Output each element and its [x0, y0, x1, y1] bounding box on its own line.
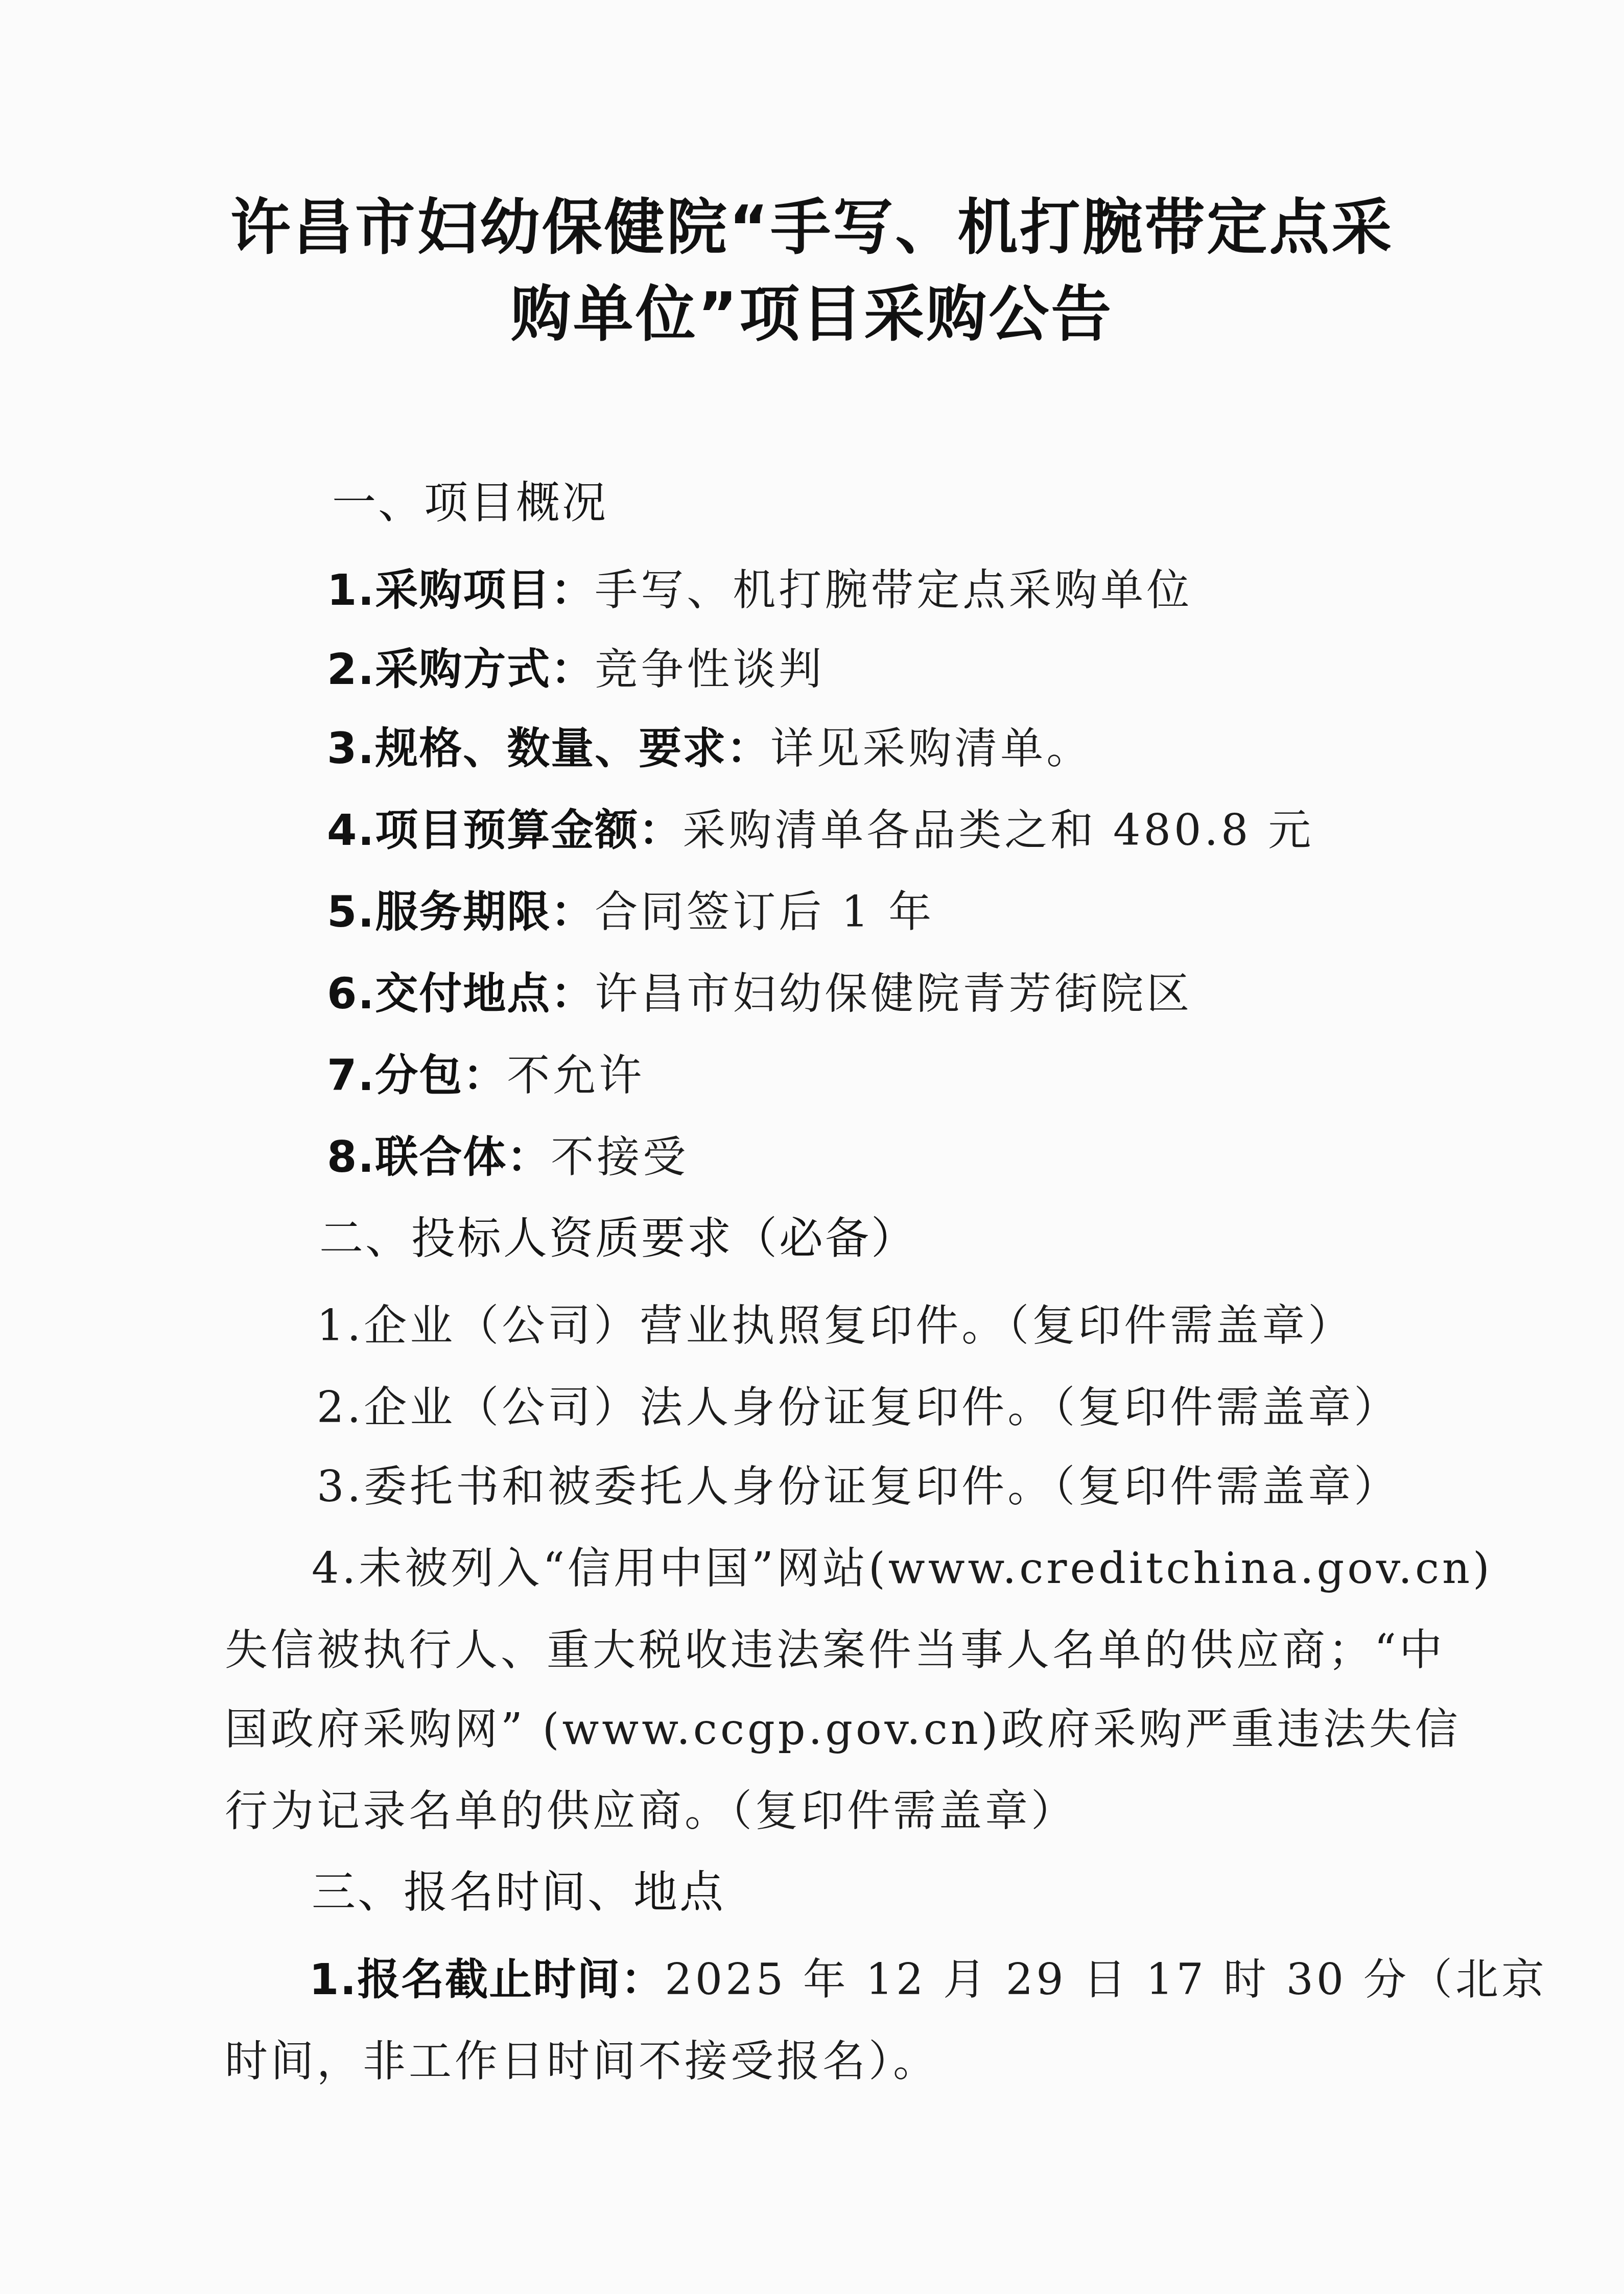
section-heading-registration: 三、报名时间、地点 — [312, 1867, 725, 1918]
item-value: 手写、机打腕带定点采购单位 — [595, 565, 1192, 615]
item-value: 详见采购清单。 — [770, 723, 1092, 773]
item-procurement-method: 2.采购方式：竞争性谈判 — [327, 644, 825, 695]
item-value: 2025 年 12 月 29 日 17 时 30 分（北京 — [665, 1954, 1547, 2004]
item-label: 1.报名截止时间： — [309, 1954, 665, 2004]
item-label: 8.联合体： — [327, 1132, 551, 1182]
section-heading-overview: 一、项目概况 — [332, 478, 608, 529]
item-value: 许昌市妇幼保健院青芳街院区 — [595, 968, 1192, 1019]
item-budget: 4.项目预算金额：采购清单各品类之和 480.8 元 — [327, 805, 1314, 856]
item-label: 7.分包： — [327, 1050, 507, 1100]
registration-deadline-line-2: 时间，非工作日时间不接受报名）。 — [225, 2036, 939, 2087]
qualification-item-3: 3.委托书和被委托人身份证复印件。（复印件需盖章） — [317, 1461, 1400, 1512]
item-delivery-location: 6.交付地点：许昌市妇幼保健院青芳街院区 — [327, 968, 1192, 1019]
item-label: 2.采购方式： — [327, 644, 595, 694]
document-page: 许昌市妇幼保健院“手写、机打腕带定点采 购单位”项目采购公告 一、项目概况 1.… — [0, 0, 1624, 2294]
item-service-period: 5.服务期限：合同签订后 1 年 — [327, 886, 934, 937]
title-line-2: 购单位”项目采购公告 — [0, 271, 1624, 358]
qualification-item-4-line-1: 4.未被列入“信用中国”网站(www.creditchina.gov.cn) — [312, 1543, 1493, 1594]
item-label: 4.项目预算金额： — [327, 805, 682, 855]
item-procurement-project: 1.采购项目：手写、机打腕带定点采购单位 — [327, 564, 1192, 616]
qualification-item-2: 2.企业（公司）法人身份证复印件。（复印件需盖章） — [317, 1382, 1400, 1433]
item-value: 不接受 — [551, 1132, 689, 1182]
qualification-item-4-line-4: 行为记录名单的供应商。（复印件需盖章） — [225, 1785, 1077, 1836]
item-consortium: 8.联合体：不接受 — [327, 1131, 689, 1183]
qualification-item-4-line-3: 国政府采购网” (www.ccgp.gov.cn)政府采购严重违法失信 — [225, 1704, 1461, 1755]
item-label: 5.服务期限： — [327, 887, 595, 937]
registration-deadline: 1.报名截止时间：2025 年 12 月 29 日 17 时 30 分（北京 — [309, 1954, 1547, 2005]
section-heading-qualifications: 二、投标人资质要求（必备） — [319, 1213, 917, 1264]
document-title: 许昌市妇幼保健院“手写、机打腕带定点采 购单位”项目采购公告 — [0, 184, 1624, 358]
item-label: 6.交付地点： — [327, 968, 595, 1019]
item-label: 3.规格、数量、要求： — [327, 723, 770, 773]
item-value: 合同签订后 1 年 — [595, 887, 934, 937]
item-value: 采购清单各品类之和 480.8 元 — [682, 805, 1314, 855]
item-value: 竞争性谈判 — [595, 644, 825, 694]
title-line-1: 许昌市妇幼保健院“手写、机打腕带定点采 — [0, 184, 1624, 271]
qualification-item-1: 1.企业（公司）营业执照复印件。（复印件需盖章） — [317, 1300, 1354, 1351]
item-subcontracting: 7.分包：不允许 — [327, 1050, 645, 1101]
item-specification: 3.规格、数量、要求：详见采购清单。 — [327, 723, 1092, 774]
qualification-item-4-line-2: 失信被执行人、重大税收违法案件当事人名单的供应商；“中 — [225, 1624, 1445, 1675]
item-label: 1.采购项目： — [327, 565, 595, 615]
item-value: 不允许 — [507, 1050, 645, 1100]
